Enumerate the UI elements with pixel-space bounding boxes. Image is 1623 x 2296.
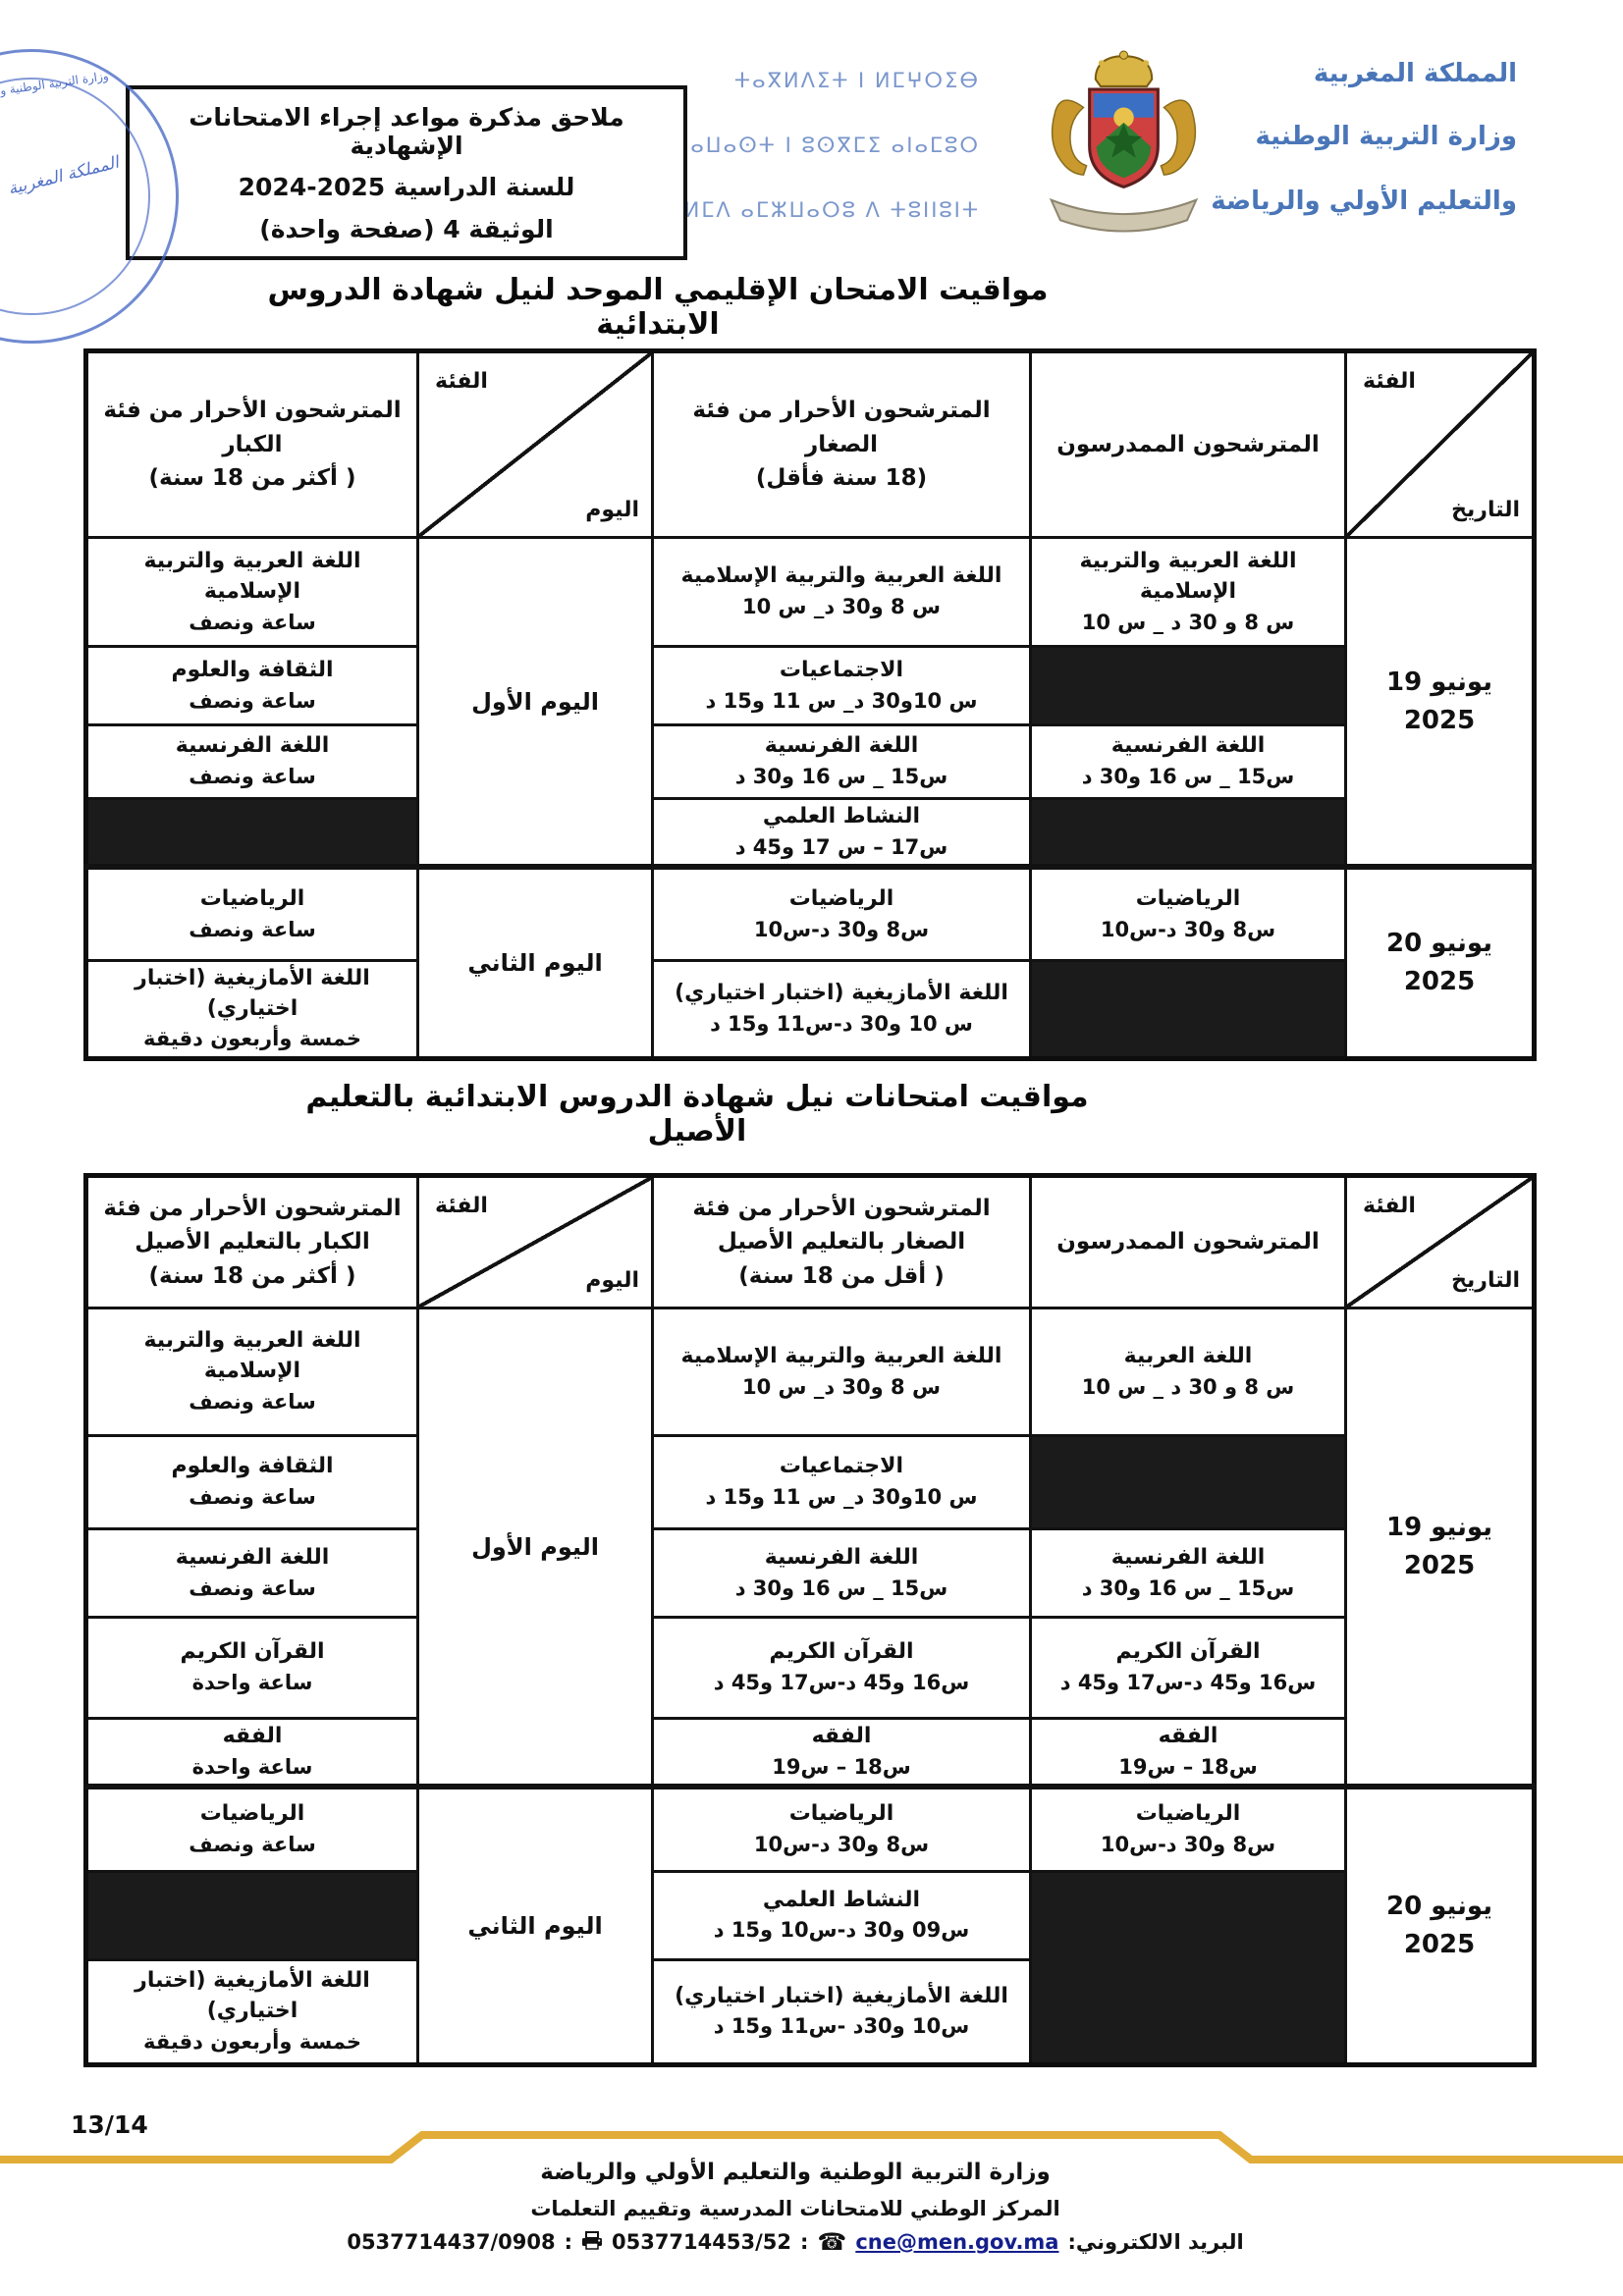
- exam-cell: الثقافة والعلومساعة ونصف: [86, 1436, 418, 1529]
- exam-schedule-table-primary: الفئة التاريخ المترشحون الممدرسون المترش…: [83, 348, 1537, 1061]
- section-title-1: مواقيت الامتحان الإقليمي الموحد لنيل شها…: [226, 273, 1090, 342]
- date-cell: 19 يونيو2025: [1346, 538, 1535, 868]
- exam-cell: اللغة الفرنسيةس15 _ س 16 و30 د: [653, 1529, 1031, 1618]
- exam-cell: القرآن الكريمس16 و45 د-س17 و45 د: [653, 1618, 1031, 1719]
- footer-contact-line: البريد الالكتروني: cne@men.gov.ma ☎ : 05…: [0, 2228, 1591, 2256]
- exam-cell: القرآن الكريمس16 و45 د-س17 و45 د: [1031, 1618, 1346, 1719]
- day-cell: اليوم الثاني: [418, 867, 653, 1058]
- header-category-date-cell: الفئة التاريخ: [1346, 351, 1535, 538]
- category-label: الفئة: [1363, 1190, 1416, 1222]
- blackout-cell: [86, 799, 418, 868]
- day-label: اليوم: [585, 1264, 639, 1297]
- doc-box-line-3: الوثيقة 4 (صفحة واحدة): [130, 215, 683, 243]
- exam-cell: القرآن الكريمساعة واحدة: [86, 1618, 418, 1719]
- exam-cell: النشاط العلميس09 و30 د-س10 و15 د: [653, 1871, 1031, 1959]
- date-cell: 19 يونيو2025: [1346, 1308, 1535, 1788]
- header-free-adults: المترشحون الأحرار من فئة الكبار بالتعليم…: [86, 1176, 418, 1308]
- date-label: التاريخ: [1451, 1264, 1520, 1297]
- exam-cell: اللغة العربية والتربية الإسلاميةس 8 و30 …: [653, 538, 1031, 647]
- blackout-cell: [1031, 960, 1346, 1058]
- exam-cell: الفقهس18 – س19: [1031, 1719, 1346, 1788]
- blackout-cell: [1031, 1436, 1346, 1529]
- day-cell: اليوم الأول: [418, 1308, 653, 1788]
- header-enrolled-candidates: المترشحون الممدرسون: [1031, 1176, 1346, 1308]
- email-link[interactable]: cne@men.gov.ma: [855, 2230, 1058, 2254]
- category-label: الفئة: [435, 1190, 488, 1222]
- fax-icon: [581, 2230, 603, 2255]
- header-category-date-cell: الفئة التاريخ: [1346, 1176, 1535, 1308]
- exam-cell: اللغة الأمازيغية (اختبار اختياري)س 10 و3…: [653, 960, 1031, 1058]
- header-category-day-cell: الفئة اليوم: [418, 1176, 653, 1308]
- blackout-cell: [1031, 1871, 1346, 2064]
- document-page: المملكة المغربية وزارة التربية الوطنية و…: [0, 0, 1623, 2296]
- header-enrolled-candidates: المترشحون الممدرسون: [1031, 351, 1346, 538]
- day-cell: اليوم الثاني: [418, 1787, 653, 2064]
- footer-center-line: المركز الوطني للامتحانات المدرسية وتقييم…: [0, 2197, 1591, 2220]
- category-label: الفئة: [435, 365, 488, 398]
- date-label: التاريخ: [1451, 494, 1520, 526]
- header-category-day-cell: الفئة اليوم: [418, 351, 653, 538]
- phone-icon: ☎: [817, 2228, 846, 2256]
- exam-schedule-table-original-education: الفئة التاريخ المترشحون الممدرسون المترش…: [83, 1173, 1537, 2067]
- exam-cell: الاجتماعياتس 10و30 د_ س 11 و15 د: [653, 647, 1031, 725]
- section-title-2: مواقيت امتحانات نيل شهادة الدروس الابتدا…: [265, 1080, 1129, 1148]
- day-label: اليوم: [585, 494, 639, 526]
- moroccan-coat-of-arms-icon: [1023, 49, 1224, 250]
- exam-cell: اللغة الفرنسيةساعة ونصف: [86, 1529, 418, 1618]
- header-free-minors: المترشحون الأحرار من فئة الصغار(18 سنة ف…: [653, 351, 1031, 538]
- exam-cell: اللغة الفرنسيةس15 _ س 16 و30 د: [1031, 1529, 1346, 1618]
- exam-cell: اللغة الفرنسيةساعة ونصف: [86, 725, 418, 799]
- diagonal-divider: الفئة اليوم: [419, 353, 651, 536]
- exam-cell: الاجتماعياتس 10و30 د_ س 11 و15 د: [653, 1436, 1031, 1529]
- exam-cell: اللغة الفرنسيةس15 _ س 16 و30 د: [1031, 725, 1346, 799]
- colon-separator: :: [800, 2230, 808, 2254]
- exam-cell: الفقهس18 – س19: [653, 1719, 1031, 1788]
- exam-cell: الرياضياتس8 و30 د-س10: [653, 1787, 1031, 1871]
- exam-cell: اللغة العربية والتربية الإسلاميةس 8 و 30…: [1031, 538, 1346, 647]
- exam-cell: اللغة الفرنسيةس15 _ س 16 و30 د: [653, 725, 1031, 799]
- exam-cell: اللغة العربية والتربية الإسلاميةس 8 و30 …: [653, 1308, 1031, 1436]
- colon-separator: :: [565, 2230, 572, 2254]
- exam-cell: الرياضياتساعة ونصف: [86, 1787, 418, 1871]
- exam-cell: اللغة العربيةس 8 و 30 د _ س 10: [1031, 1308, 1346, 1436]
- exam-cell: الفقهساعة واحدة: [86, 1719, 418, 1788]
- diagonal-divider: الفئة التاريخ: [1347, 1178, 1532, 1307]
- exam-cell: الرياضياتس8 و30 د-س10: [653, 867, 1031, 960]
- day-cell: اليوم الأول: [418, 538, 653, 868]
- date-cell: 20 يونيو2025: [1346, 1787, 1535, 2064]
- diagonal-divider: الفئة اليوم: [419, 1178, 651, 1307]
- exam-cell: اللغة العربية والتربية الإسلاميةساعة ونص…: [86, 538, 418, 647]
- doc-box-line-1: ملاحق مذكرة مواعد إجراء الامتحانات الإشه…: [130, 103, 683, 160]
- blackout-cell: [1031, 799, 1346, 868]
- blackout-cell: [86, 1871, 418, 1959]
- blackout-cell: [1031, 647, 1346, 725]
- header-free-minors: المترشحون الأحرار من فئة الصغار بالتعليم…: [653, 1176, 1031, 1308]
- exam-cell: اللغة الأمازيغية (اختبار اختياري)س10 و30…: [653, 1959, 1031, 2064]
- header-free-adults: المترشحون الأحرار من فئة الكبار( أكثر من…: [86, 351, 418, 538]
- exam-cell: النشاط العلميس17 – س 17 و45 د: [653, 799, 1031, 868]
- category-label: الفئة: [1363, 365, 1416, 398]
- footer-ministry-line: وزارة التربية الوطنية والتعليم الأولي وا…: [0, 2160, 1591, 2185]
- diagonal-divider: الفئة التاريخ: [1347, 353, 1532, 536]
- exam-cell: الثقافة والعلومساعة ونصف: [86, 647, 418, 725]
- exam-cell: الرياضياتس8 و30 د-س10: [1031, 867, 1346, 960]
- document-info-box: ملاحق مذكرة مواعد إجراء الامتحانات الإشه…: [126, 85, 687, 260]
- exam-cell: اللغة الأمازيغية (اختبار اختياري)خمسة وأ…: [86, 960, 418, 1058]
- fax-number: 0537714437/0908: [347, 2230, 555, 2254]
- exam-cell: الرياضياتساعة ونصف: [86, 867, 418, 960]
- date-cell: 20 يونيو2025: [1346, 867, 1535, 1058]
- email-label: البريد الالكتروني:: [1067, 2230, 1243, 2254]
- phone-number: 0537714453/52: [612, 2230, 791, 2254]
- exam-cell: اللغة العربية والتربية الإسلاميةساعة ونص…: [86, 1308, 418, 1436]
- exam-cell: الرياضياتس8 و30 د-س10: [1031, 1787, 1346, 1871]
- exam-cell: اللغة الأمازيغية (اختبار اختياري)خمسة وأ…: [86, 1959, 418, 2064]
- doc-box-line-2: للسنة الدراسية 2025-2024: [130, 173, 683, 201]
